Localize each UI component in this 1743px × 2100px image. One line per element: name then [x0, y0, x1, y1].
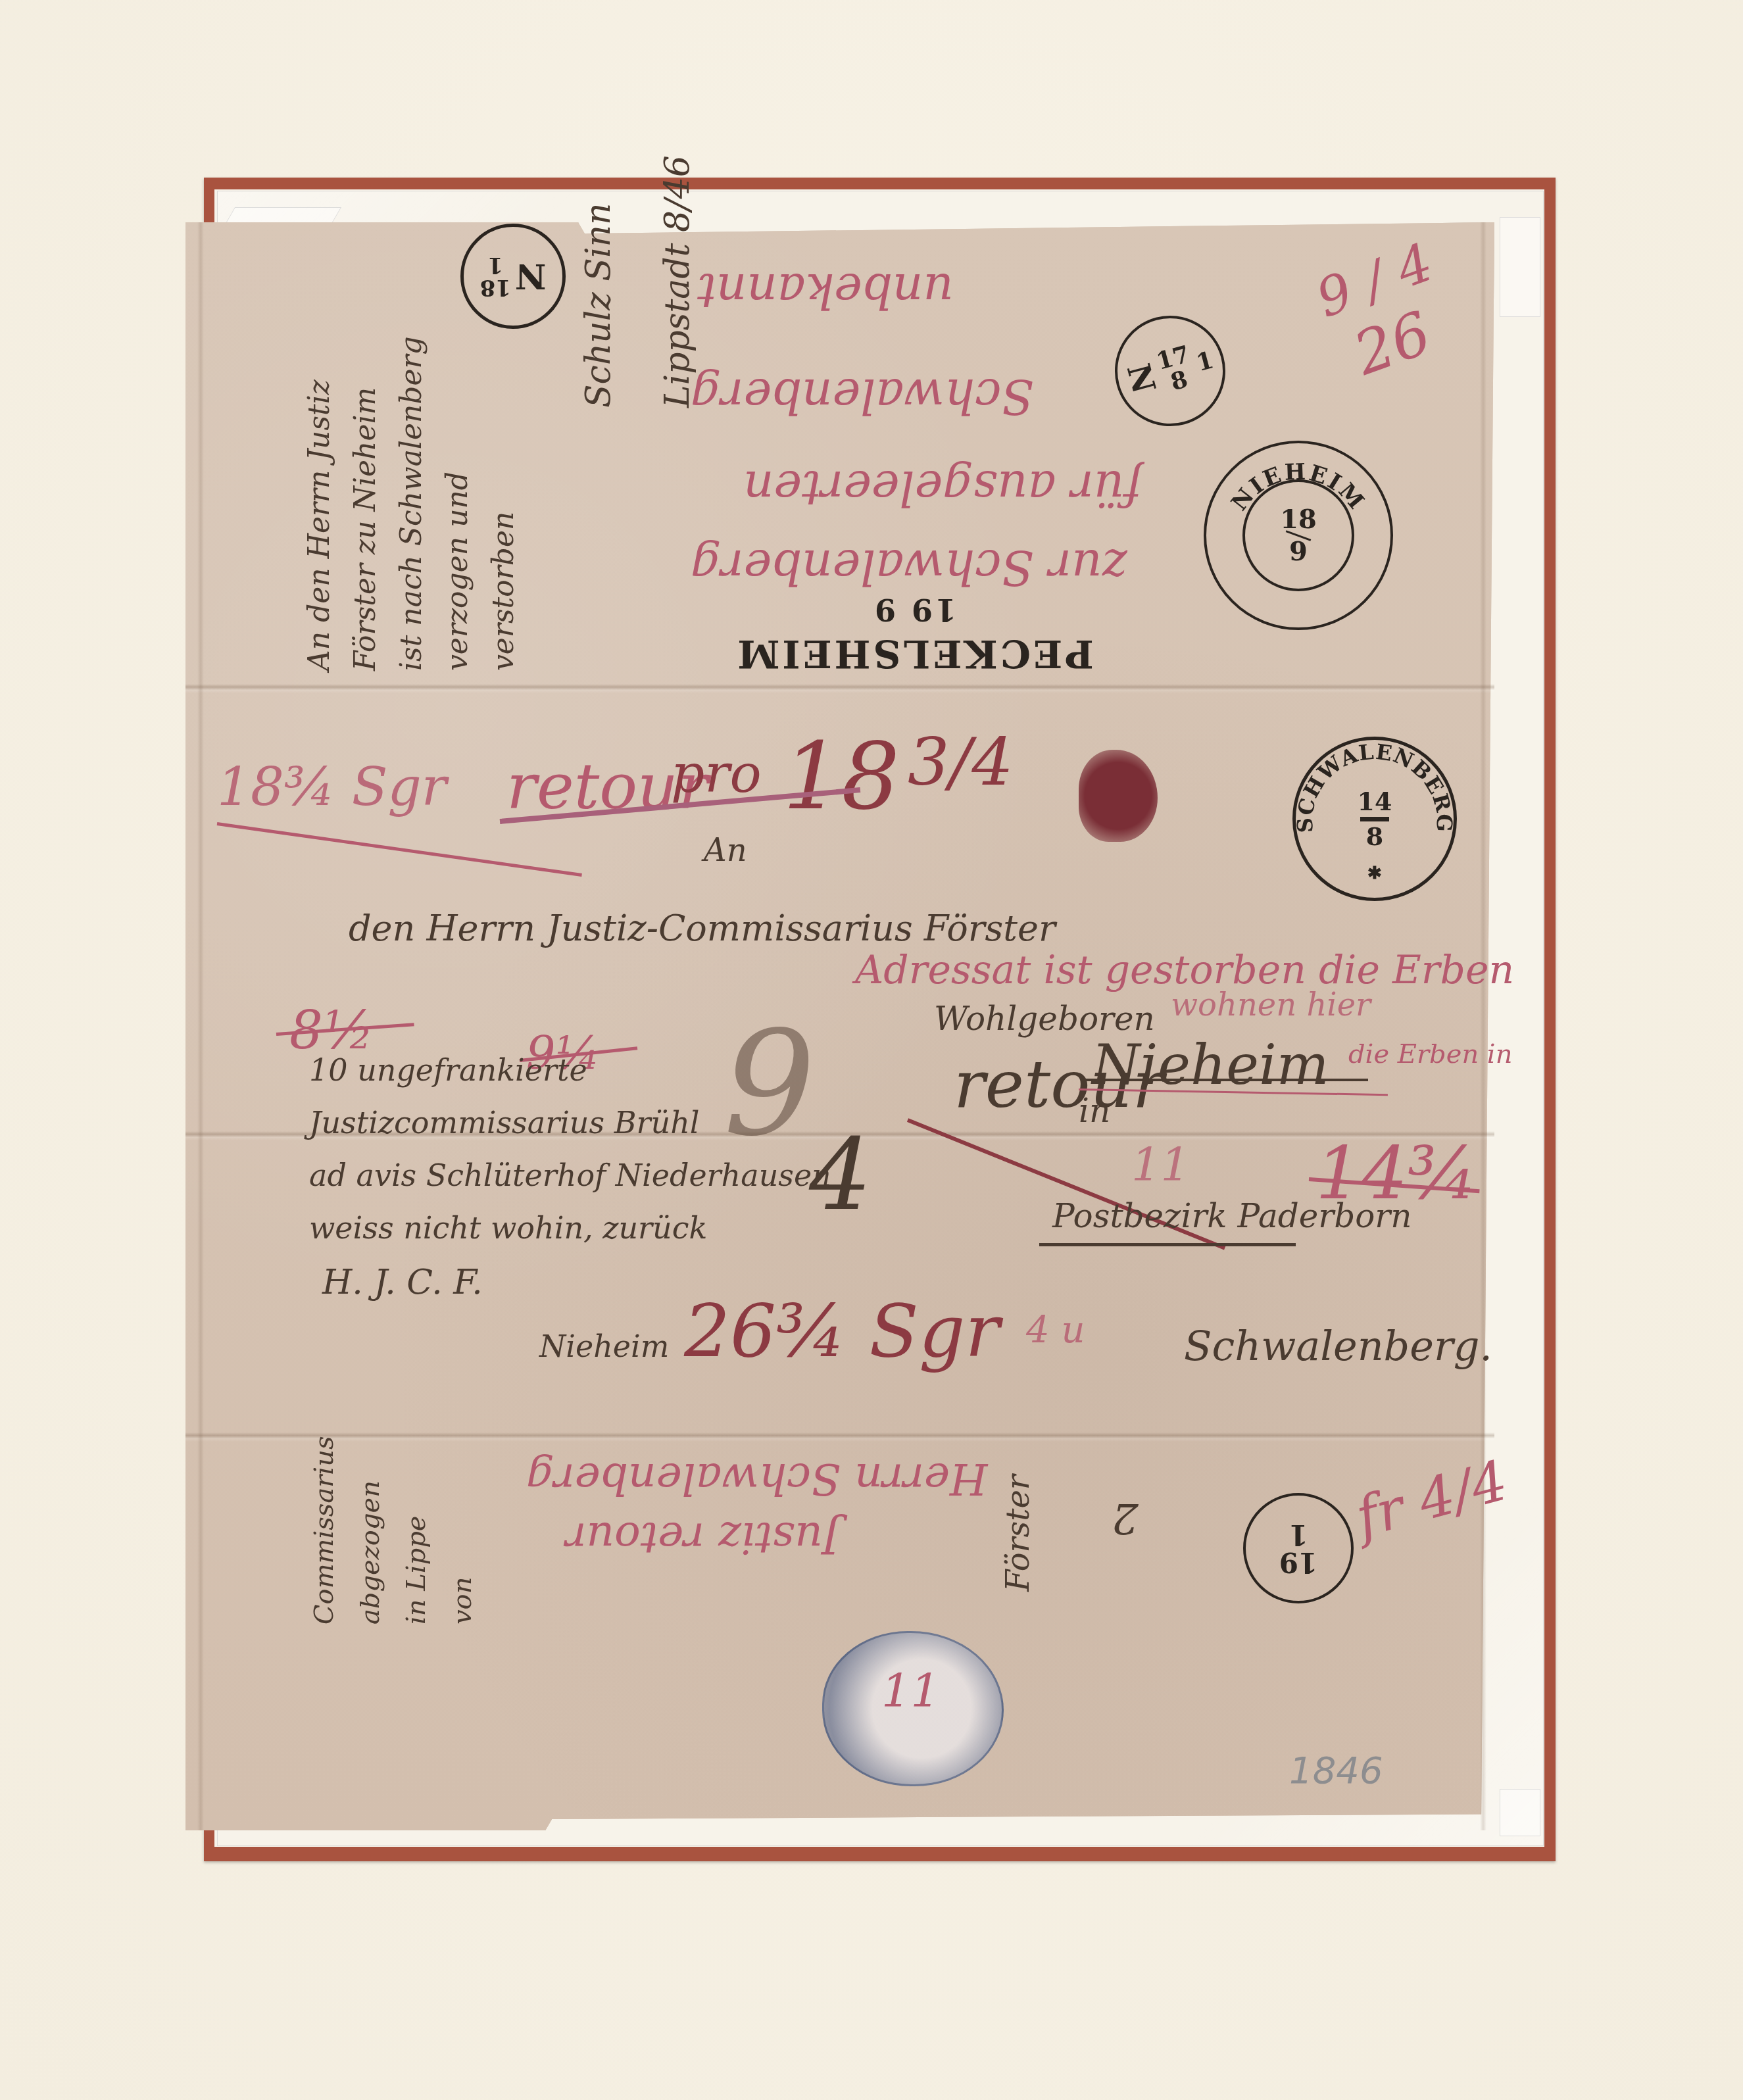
nieheim-label: Nieheim: [539, 1329, 669, 1364]
postmark-n-18-1: N 18 1: [460, 224, 566, 329]
inverted-note: Herrn Schwalenberg: [526, 1453, 988, 1504]
vertical-note: verzogen und: [441, 472, 474, 671]
svg-text:SCHWALENBERG: SCHWALENBERG: [1296, 740, 1454, 833]
vertical-note: An den Herrn Justiz: [303, 379, 336, 671]
large-numeral: 9: [724, 1000, 816, 1168]
fold-line: [185, 1432, 1494, 1442]
inverted-note: Schwalenberg: [691, 368, 1034, 424]
underline: [1039, 1243, 1296, 1246]
fold-line: [197, 222, 204, 1830]
postmark-19-1: 19 1: [1243, 1493, 1354, 1603]
postmark-month: 1: [487, 254, 503, 276]
crossed-town: Nieheim: [1092, 1033, 1329, 1097]
fold-line: [1480, 222, 1486, 1830]
fold-line: [185, 684, 1494, 693]
address-an: An: [704, 832, 747, 869]
inverted-note: Justiz retour: [566, 1513, 840, 1563]
postmark-date: 19 9: [724, 592, 1105, 627]
address-destination: Schwalenberg.: [1184, 1322, 1492, 1370]
vertical-note: Förster zu Nieheim: [349, 387, 382, 671]
inverted-numeral: 2: [1112, 1493, 1139, 1542]
postmark-schwalenberg: SCHWALENBERG 14 8 ✱: [1292, 737, 1457, 901]
inverted-note: zur Schwalenberg: [691, 539, 1127, 595]
postmark-suffix: 1: [1194, 346, 1217, 377]
star-icon: ✱: [1367, 864, 1382, 883]
retour-amount: 18: [783, 723, 900, 831]
vertical-note: Commissarius: [309, 1436, 339, 1624]
inverted-note: für ausgeleerten: [743, 460, 1142, 516]
ink-stain: [1079, 750, 1158, 842]
sleeve-corner-tr: [1500, 217, 1540, 317]
left-note: 10 ungefrankierte: [309, 1052, 587, 1088]
left-note: weiss nicht wohin, zurück: [309, 1210, 707, 1246]
postmark-letter: N: [515, 256, 547, 297]
postmark-day: 18: [480, 276, 511, 299]
vertical-note: abgezogen: [355, 1480, 385, 1624]
pencil-year-note: 1846: [1289, 1749, 1383, 1792]
large-numeral: 4: [809, 1118, 871, 1233]
postmark-letter: N: [1119, 360, 1162, 397]
seal-mark: 11: [881, 1664, 940, 1718]
postmark-nieheim: NIEHEIM 18 9: [1204, 441, 1393, 630]
vertical-note: Schulz Sinn: [579, 203, 618, 408]
postmark-day: 19: [1279, 1548, 1317, 1576]
sleeve-corner-br: [1500, 1789, 1540, 1836]
left-note: ad avis Schlüterhof Niederhausen: [309, 1158, 831, 1193]
vertical-note: von: [447, 1577, 478, 1624]
postal-district: Postbezirk Paderborn: [1052, 1197, 1412, 1235]
charge-suffix: 4 u: [1026, 1309, 1085, 1352]
address-recipient: den Herrn Justiz-Commissarius Förster: [349, 908, 1056, 949]
crossed-amount: 11: [1131, 1138, 1190, 1192]
inverted-note: unbekannt: [697, 263, 954, 318]
vertical-note: Lippstadt 8/46: [658, 155, 697, 408]
pro-label: pro: [671, 743, 762, 804]
left-note: Justizcommissarius Brühl: [309, 1105, 699, 1140]
heirs-note: die Erben in: [1348, 1039, 1512, 1069]
charge-total: 26¾ Sgr: [684, 1289, 1000, 1373]
redirect-note: wohnen hier: [1171, 987, 1371, 1023]
vertical-note: Förster: [1000, 1475, 1037, 1592]
postmark-day: 18: [1280, 506, 1317, 533]
vertical-note: in Lippe: [401, 1515, 431, 1624]
vertical-note: ist nach Schwalenberg: [395, 336, 428, 671]
postmark-town: PECKELSHEIM: [724, 631, 1105, 676]
postmark-month: 9: [1289, 539, 1308, 565]
crossed-rate: 18¾ Sgr: [217, 756, 447, 818]
strike-line: [1085, 1079, 1368, 1081]
postmark-month: 8: [1168, 367, 1191, 394]
postmark-peckelsheim: PECKELSHEIM 19 9: [724, 592, 1105, 676]
address-in: in: [1079, 1092, 1110, 1130]
postmark-month: 1: [1289, 1521, 1308, 1548]
retour-fraction: 3/4: [908, 723, 1014, 800]
vertical-note: verstorben: [487, 512, 520, 671]
left-note: H. J. C. F.: [322, 1263, 483, 1302]
